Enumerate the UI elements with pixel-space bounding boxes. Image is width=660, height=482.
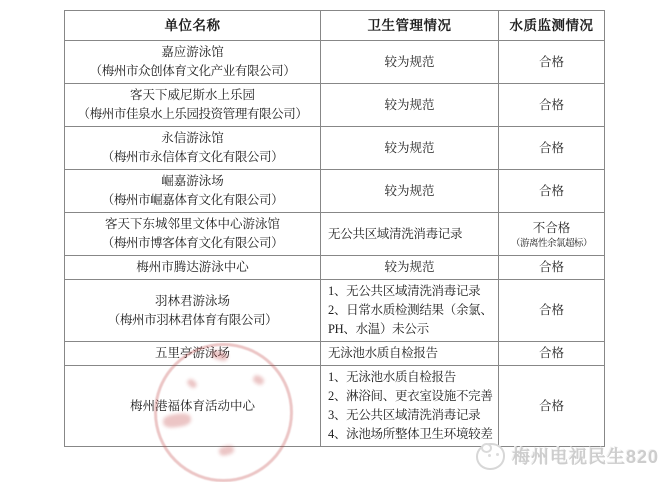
hygiene-item: 1、无公共区域清洗消毒记录 — [328, 282, 495, 301]
unit-name: 梅州港福体育活动中心 — [68, 397, 317, 416]
company-name: （梅州市佳泉水上乐园投资管理有限公司） — [68, 105, 317, 124]
water-quality-result: 合格 — [502, 344, 601, 363]
table-row: 梅州港福体育活动中心1、无泳池水质自检报告2、淋浴间、更衣室设施不完善3、无公共… — [65, 366, 605, 447]
table-row: 永信游泳馆（梅州市永信体育文化有限公司）较为规范合格 — [65, 127, 605, 170]
water-quality-cell: 合格 — [499, 256, 605, 280]
table-row: 客天下威尼斯水上乐园（梅州市佳泉水上乐园投资管理有限公司）较为规范合格 — [65, 84, 605, 127]
water-quality-cell: 合格 — [499, 127, 605, 170]
water-quality-result: 合格 — [502, 397, 601, 416]
hygiene-cell: 较为规范 — [321, 84, 499, 127]
hygiene-item: 4、泳池场所整体卫生环境较差 — [328, 425, 495, 444]
col-header-water-quality: 水质监测情况 — [499, 11, 605, 41]
unit-name: 羽林君游泳场 — [68, 292, 317, 311]
table-row: 羽林君游泳场（梅州市羽林君体育有限公司）1、无公共区域清洗消毒记录2、日常水质检… — [65, 280, 605, 342]
water-quality-result: 合格 — [502, 53, 601, 72]
table-row: 五里亭游泳场无泳池水质自检报告合格 — [65, 342, 605, 366]
table-row: 客天下东城邻里文体中心游泳馆（梅州市博客体育文化有限公司）无公共区域清洗消毒记录… — [65, 213, 605, 256]
water-quality-cell: 合格 — [499, 342, 605, 366]
water-quality-cell: 合格 — [499, 280, 605, 342]
unit-name-cell: 客天下威尼斯水上乐园（梅州市佳泉水上乐园投资管理有限公司） — [65, 84, 321, 127]
company-name: （梅州市崛嘉体育文化有限公司） — [68, 191, 317, 210]
unit-name-cell: 永信游泳馆（梅州市永信体育文化有限公司） — [65, 127, 321, 170]
hygiene-item: 无泳池水质自检报告 — [328, 344, 495, 363]
hygiene-cell: 较为规范 — [321, 41, 499, 84]
table-row: 嘉应游泳馆（梅州市众创体育文化产业有限公司）较为规范合格 — [65, 41, 605, 84]
company-name: （梅州市博客体育文化有限公司） — [68, 234, 317, 253]
hygiene-item: 1、无泳池水质自检报告 — [328, 368, 495, 387]
hygiene-cell: 无公共区域清洗消毒记录 — [321, 213, 499, 256]
hygiene-cell: 较为规范 — [321, 256, 499, 280]
hygiene-item: 较为规范 — [324, 182, 495, 201]
water-quality-result: 合格 — [502, 258, 601, 277]
unit-name-cell: 客天下东城邻里文体中心游泳馆（梅州市博客体育文化有限公司） — [65, 213, 321, 256]
water-quality-note: （游离性余氯超标） — [502, 238, 601, 250]
hygiene-cell: 较为规范 — [321, 170, 499, 213]
unit-name: 永信游泳馆 — [68, 129, 317, 148]
unit-name-cell: 五里亭游泳场 — [65, 342, 321, 366]
unit-name-cell: 嘉应游泳馆（梅州市众创体育文化产业有限公司） — [65, 41, 321, 84]
hygiene-item: 无公共区域清洗消毒记录 — [328, 225, 495, 244]
water-quality-result: 合格 — [502, 301, 601, 320]
water-quality-cell: 合格 — [499, 366, 605, 447]
water-quality-cell: 合格 — [499, 41, 605, 84]
hygiene-item: 较为规范 — [324, 139, 495, 158]
inspection-table: 单位名称 卫生管理情况 水质监测情况 嘉应游泳馆（梅州市众创体育文化产业有限公司… — [64, 10, 605, 447]
table-row: 崛嘉游泳场（梅州市崛嘉体育文化有限公司）较为规范合格 — [65, 170, 605, 213]
unit-name: 梅州市腾达游泳中心 — [68, 258, 317, 277]
hygiene-item: 较为规范 — [324, 258, 495, 277]
water-quality-result: 合格 — [502, 139, 601, 158]
hygiene-item: 3、无公共区域清洗消毒记录 — [328, 406, 495, 425]
unit-name: 客天下东城邻里文体中心游泳馆 — [68, 215, 317, 234]
table-header-row: 单位名称 卫生管理情况 水质监测情况 — [65, 11, 605, 41]
hygiene-item: 2、日常水质检测结果（余氯、PH、水温）未公示 — [328, 301, 495, 339]
hygiene-cell: 1、无公共区域清洗消毒记录2、日常水质检测结果（余氯、PH、水温）未公示 — [321, 280, 499, 342]
unit-name: 嘉应游泳馆 — [68, 43, 317, 62]
hygiene-item: 较为规范 — [324, 96, 495, 115]
hygiene-item: 2、淋浴间、更衣室设施不完善 — [328, 387, 495, 406]
water-quality-cell: 合格 — [499, 170, 605, 213]
company-name: （梅州市永信体育文化有限公司） — [68, 148, 317, 167]
company-name: （梅州市众创体育文化产业有限公司） — [68, 62, 317, 81]
hygiene-cell: 无泳池水质自检报告 — [321, 342, 499, 366]
water-quality-cell: 合格 — [499, 84, 605, 127]
water-quality-result: 合格 — [502, 182, 601, 201]
unit-name: 客天下威尼斯水上乐园 — [68, 86, 317, 105]
unit-name-cell: 崛嘉游泳场（梅州市崛嘉体育文化有限公司） — [65, 170, 321, 213]
hygiene-cell: 较为规范 — [321, 127, 499, 170]
unit-name-cell: 梅州市腾达游泳中心 — [65, 256, 321, 280]
company-name: （梅州市羽林君体育有限公司） — [68, 311, 317, 330]
water-quality-result: 不合格 — [502, 219, 601, 238]
col-header-unit-name: 单位名称 — [65, 11, 321, 41]
water-quality-result: 合格 — [502, 96, 601, 115]
unit-name-cell: 梅州港福体育活动中心 — [65, 366, 321, 447]
unit-name: 崛嘉游泳场 — [68, 172, 317, 191]
unit-name-cell: 羽林君游泳场（梅州市羽林君体育有限公司） — [65, 280, 321, 342]
water-quality-cell: 不合格（游离性余氯超标） — [499, 213, 605, 256]
unit-name: 五里亭游泳场 — [68, 344, 317, 363]
hygiene-cell: 1、无泳池水质自检报告2、淋浴间、更衣室设施不完善3、无公共区域清洗消毒记录4、… — [321, 366, 499, 447]
table-row: 梅州市腾达游泳中心较为规范合格 — [65, 256, 605, 280]
hygiene-item: 较为规范 — [324, 53, 495, 72]
col-header-hygiene-management: 卫生管理情况 — [321, 11, 499, 41]
